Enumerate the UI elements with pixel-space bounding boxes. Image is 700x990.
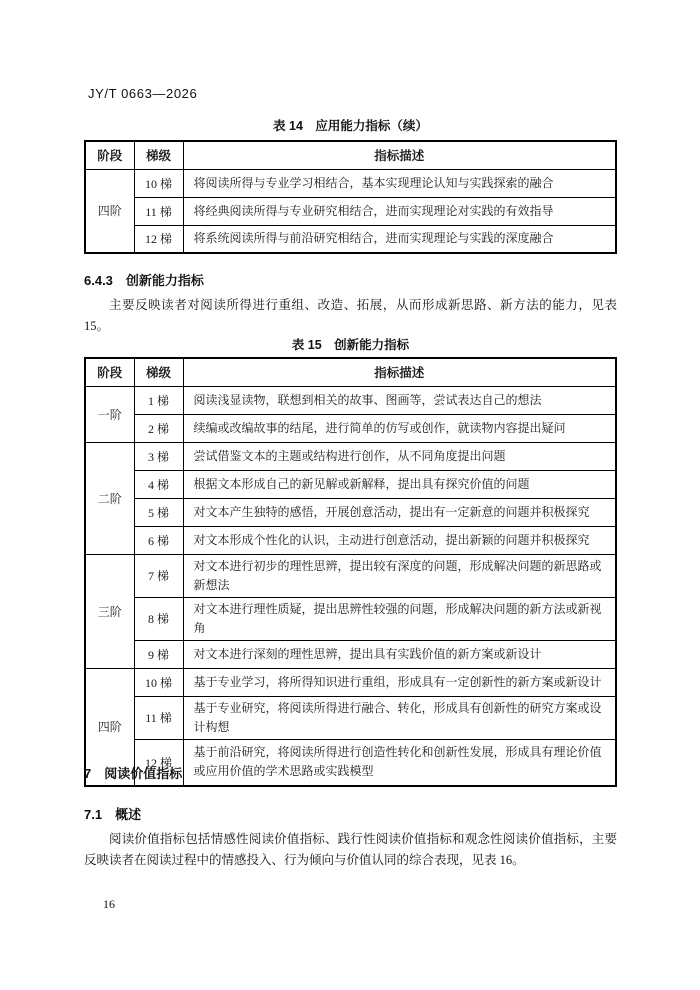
desc-cell: 将阅读所得与专业学习相结合，基本实现理论认知与实践探索的融合: [183, 169, 616, 197]
desc-cell: 对文本进行初步的理性思辨，提出较有深度的问题，形成解决问题的新思路或新想法: [183, 554, 616, 597]
section-paragraph-643: 主要反映读者对阅读所得进行重组、改造、拓展，从而形成新思路、新方法的能力，见表 …: [84, 295, 617, 337]
table-row: 11 梯 将经典阅读所得与专业研究相结合，进而实现理论对实践的有效指导: [85, 197, 616, 225]
desc-cell: 基于专业研究，将阅读所得进行融合、转化，形成具有创新性的研究方案或设计构想: [183, 696, 616, 739]
col-header-stage: 阶段: [85, 141, 134, 169]
section-paragraph-71: 阅读价值指标包括情感性阅读价值指标、践行性阅读价值指标和观念性阅读价值指标，主要…: [84, 829, 617, 871]
table-row: 四阶 10 梯 基于专业学习，将所得知识进行重组，形成具有一定创新性的新方案或新…: [85, 668, 616, 696]
desc-cell: 续编或改编故事的结尾，进行简单的仿写或创作，就读物内容提出疑问: [183, 414, 616, 442]
desc-cell: 根据文本形成自己的新见解或新解释，提出具有探究价值的问题: [183, 470, 616, 498]
desc-cell: 将系统阅读所得与前沿研究相结合，进而实现理论与实践的深度融合: [183, 225, 616, 253]
level-cell: 2 梯: [134, 414, 183, 442]
desc-cell: 基于专业学习，将所得知识进行重组，形成具有一定创新性的新方案或新设计: [183, 668, 616, 696]
table-row: 2 梯 续编或改编故事的结尾，进行简单的仿写或创作，就读物内容提出疑问: [85, 414, 616, 442]
section-heading-7: 7 阅读价值指标: [84, 763, 617, 782]
level-cell: 10 梯: [134, 169, 183, 197]
col-header-desc: 指标描述: [183, 141, 616, 169]
table15-caption: 表 15 创新能力指标: [84, 335, 617, 353]
table15: 阶段 梯级 指标描述 一阶 1 梯 阅读浅显读物，联想到相关的故事、图画等，尝试…: [84, 357, 617, 787]
desc-cell: 阅读浅显读物，联想到相关的故事、图画等，尝试表达自己的想法: [183, 386, 616, 414]
desc-cell: 对文本产生独特的感悟，开展创意活动，提出有一定新意的问题并积极探究: [183, 498, 616, 526]
stage-cell: 三阶: [85, 554, 134, 668]
desc-cell: 对文本进行深刻的理性思辨，提出具有实践价值的新方案或新设计: [183, 640, 616, 668]
section-heading-643: 6.4.3 创新能力指标: [84, 270, 617, 289]
table14: 阶段 梯级 指标描述 四阶 10 梯 将阅读所得与专业学习相结合，基本实现理论认…: [84, 140, 617, 254]
table-row: 三阶 7 梯 对文本进行初步的理性思辨，提出较有深度的问题，形成解决问题的新思路…: [85, 554, 616, 597]
table-row: 8 梯 对文本进行理性质疑，提出思辨性较强的问题，形成解决问题的新方法或新视角: [85, 597, 616, 640]
desc-cell: 尝试借鉴文本的主题或结构进行创作，从不同角度提出问题: [183, 442, 616, 470]
table-row: 4 梯 根据文本形成自己的新见解或新解释，提出具有探究价值的问题: [85, 470, 616, 498]
level-cell: 3 梯: [134, 442, 183, 470]
table14-caption: 表 14 应用能力指标（续）: [84, 116, 617, 134]
col-header-desc: 指标描述: [183, 358, 616, 386]
table-row: 6 梯 对文本形成个性化的认识，主动进行创意活动，提出新颖的问题并积极探究: [85, 526, 616, 554]
document-page: JY/T 0663—2026 表 14 应用能力指标（续） 阶段 梯级 指标描述…: [0, 0, 700, 990]
table-row: 9 梯 对文本进行深刻的理性思辨，提出具有实践价值的新方案或新设计: [85, 640, 616, 668]
stage-cell: 二阶: [85, 442, 134, 554]
desc-cell: 对文本形成个性化的认识，主动进行创意活动，提出新颖的问题并积极探究: [183, 526, 616, 554]
table-row: 5 梯 对文本产生独特的感悟，开展创意活动，提出有一定新意的问题并积极探究: [85, 498, 616, 526]
col-header-stage: 阶段: [85, 358, 134, 386]
table15-wrapper: 阶段 梯级 指标描述 一阶 1 梯 阅读浅显读物，联想到相关的故事、图画等，尝试…: [84, 357, 617, 787]
level-cell: 11 梯: [134, 197, 183, 225]
level-cell: 12 梯: [134, 225, 183, 253]
level-cell: 7 梯: [134, 554, 183, 597]
desc-cell: 将经典阅读所得与专业研究相结合，进而实现理论对实践的有效指导: [183, 197, 616, 225]
level-cell: 5 梯: [134, 498, 183, 526]
col-header-level: 梯级: [134, 358, 183, 386]
desc-cell: 对文本进行理性质疑，提出思辨性较强的问题，形成解决问题的新方法或新视角: [183, 597, 616, 640]
section-heading-71: 7.1 概述: [84, 804, 617, 823]
level-cell: 9 梯: [134, 640, 183, 668]
level-cell: 11 梯: [134, 696, 183, 739]
table15-header-row: 阶段 梯级 指标描述: [85, 358, 616, 386]
level-cell: 4 梯: [134, 470, 183, 498]
col-header-level: 梯级: [134, 141, 183, 169]
standard-code: JY/T 0663—2026: [88, 86, 197, 101]
stage-cell: 四阶: [85, 169, 134, 253]
table-row: 12 梯 将系统阅读所得与前沿研究相结合，进而实现理论与实践的深度融合: [85, 225, 616, 253]
stage-cell: 一阶: [85, 386, 134, 442]
table-row: 11 梯 基于专业研究，将阅读所得进行融合、转化，形成具有创新性的研究方案或设计…: [85, 696, 616, 739]
level-cell: 1 梯: [134, 386, 183, 414]
table-row: 四阶 10 梯 将阅读所得与专业学习相结合，基本实现理论认知与实践探索的融合: [85, 169, 616, 197]
table14-header-row: 阶段 梯级 指标描述: [85, 141, 616, 169]
table-row: 二阶 3 梯 尝试借鉴文本的主题或结构进行创作，从不同角度提出问题: [85, 442, 616, 470]
table14-wrapper: 阶段 梯级 指标描述 四阶 10 梯 将阅读所得与专业学习相结合，基本实现理论认…: [84, 140, 617, 254]
level-cell: 8 梯: [134, 597, 183, 640]
table-row: 一阶 1 梯 阅读浅显读物，联想到相关的故事、图画等，尝试表达自己的想法: [85, 386, 616, 414]
page-number: 16: [103, 897, 115, 912]
level-cell: 10 梯: [134, 668, 183, 696]
level-cell: 6 梯: [134, 526, 183, 554]
